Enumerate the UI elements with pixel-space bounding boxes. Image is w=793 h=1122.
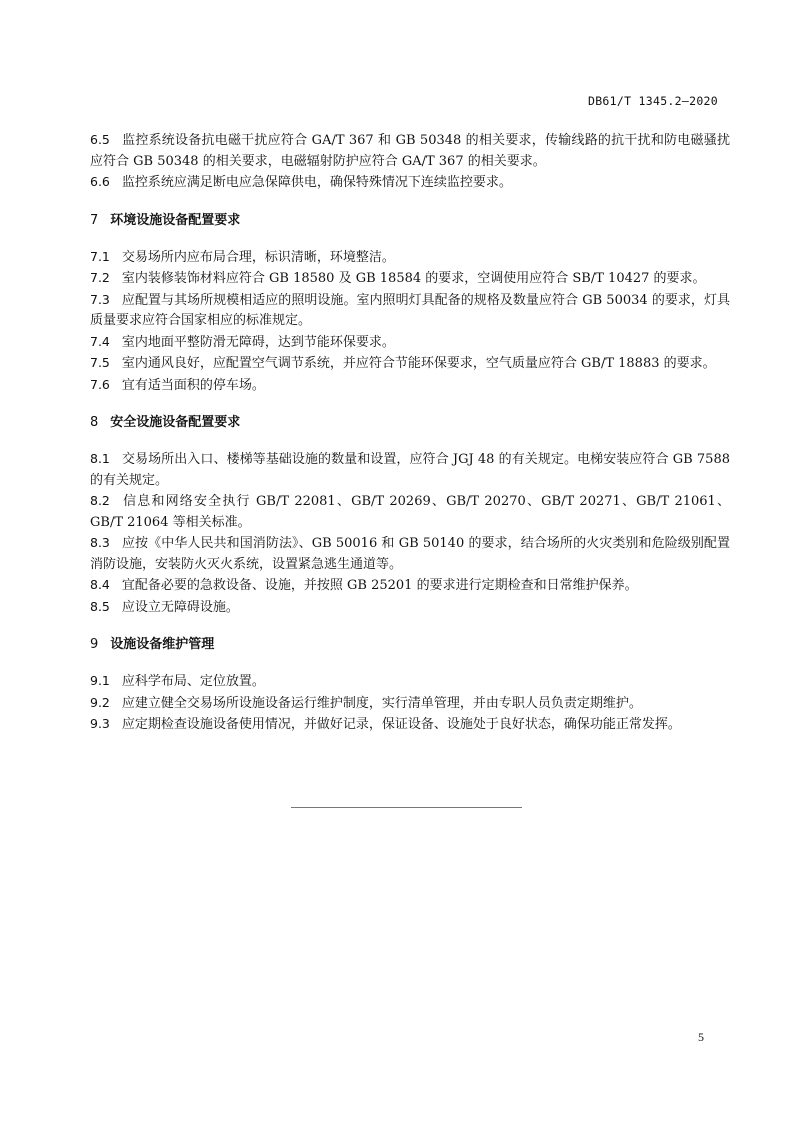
end-of-document-rule: [291, 807, 522, 808]
standard-code-header: DB61/T 1345.2—2020: [588, 94, 718, 108]
clause-9-3: 9.3应定期检查设施设备使用情况，并做好记录，保证设备、设施处于良好状态，确保功…: [90, 714, 730, 736]
document-body: 6.5监控系统设备抗电磁干扰应符合 GA/T 367 和 GB 50348 的相…: [90, 130, 730, 736]
clause-8-1: 8.1交易场所出入口、楼梯等基础设施的数量和设置，应符合 JGJ 48 的有关规…: [90, 449, 730, 491]
clause-8-5: 8.5应设立无障碍设施。: [90, 597, 730, 619]
clause-text: 应按《中华人民共和国消防法》、GB 50016 和 GB 50140 的要求，结…: [90, 536, 730, 572]
clause-8-4: 8.4宜配备必要的急救设备、设施，并按照 GB 25201 的要求进行定期检查和…: [90, 575, 730, 597]
clause-number: 7.5: [90, 355, 110, 370]
clause-7-5: 7.5室内通风良好，应配置空气调节系统，并应符合节能环保要求，空气质量应符合 G…: [90, 353, 730, 375]
clause-7-2: 7.2室内装修装饰材料应符合 GB 18580 及 GB 18584 的要求，空…: [90, 268, 730, 290]
clause-text: 应定期检查设施设备使用情况，并做好记录，保证设备、设施处于良好状态，确保功能正常…: [122, 717, 681, 732]
clause-text: 应设立无障碍设施。: [122, 600, 239, 615]
clause-number: 7.2: [90, 270, 110, 285]
clause-text: 宜配备必要的急救设备、设施，并按照 GB 25201 的要求进行定期检查和日常维…: [122, 578, 638, 593]
section-title: 环境设施设备配置要求: [110, 213, 240, 228]
clause-7-3: 7.3应配置与其场所规模相适应的照明设施。室内照明灯具配备的规格及数量应符合 G…: [90, 290, 730, 332]
clause-9-1: 9.1应科学布局、定位放置。: [90, 671, 730, 693]
clause-number: 8.3: [90, 535, 110, 550]
clause-text: 应建立健全交易场所设施设备运行维护制度，实行清单管理，并由专职人员负责定期维护。: [122, 696, 642, 711]
section-heading-8: 8安全设施设备配置要求: [90, 413, 730, 433]
clause-text: 应配置与其场所规模相适应的照明设施。室内照明灯具配备的规格及数量应符合 GB 5…: [90, 293, 730, 329]
clause-number: 7.1: [90, 249, 110, 264]
clause-number: 8.5: [90, 599, 110, 614]
section-number: 9: [90, 637, 98, 652]
clause-text: 宜有适当面积的停车场。: [122, 378, 265, 393]
clause-8-2: 8.2信息和网络安全执行 GB/T 22081、GB/T 20269、GB/T …: [90, 491, 730, 533]
clause-number: 9.3: [90, 716, 110, 731]
clause-6-5: 6.5监控系统设备抗电磁干扰应符合 GA/T 367 和 GB 50348 的相…: [90, 130, 730, 172]
section-title: 安全设施设备配置要求: [110, 415, 240, 430]
clause-8-3: 8.3应按《中华人民共和国消防法》、GB 50016 和 GB 50140 的要…: [90, 533, 730, 575]
clause-7-6: 7.6宜有适当面积的停车场。: [90, 375, 730, 397]
clause-text: 交易场所出入口、楼梯等基础设施的数量和设置，应符合 JGJ 48 的有关规定。电…: [90, 452, 730, 488]
clause-number: 7.4: [90, 334, 110, 349]
clause-7-4: 7.4室内地面平整防滑无障碍，达到节能环保要求。: [90, 332, 730, 354]
section-number: 8: [90, 415, 98, 430]
clause-number: 9.1: [90, 673, 110, 688]
clause-text: 应科学布局、定位放置。: [122, 674, 265, 689]
clause-text: 室内通风良好，应配置空气调节系统，并应符合节能环保要求，空气质量应符合 GB/T…: [122, 356, 716, 371]
clause-number: 8.4: [90, 577, 110, 592]
section-number: 7: [90, 213, 98, 228]
clause-number: 7.3: [90, 292, 110, 307]
section-heading-9: 9设施设备维护管理: [90, 635, 730, 655]
clause-number: 8.2: [90, 493, 110, 508]
clause-number: 6.5: [90, 132, 110, 147]
clause-6-6: 6.6监控系统应满足断电应急保障供电，确保特殊情况下连续监控要求。: [90, 172, 730, 194]
clause-7-1: 7.1交易场所内应布局合理，标识清晰，环境整洁。: [90, 247, 730, 269]
clause-text: 监控系统应满足断电应急保障供电，确保特殊情况下连续监控要求。: [122, 175, 512, 190]
clause-text: 室内装修装饰材料应符合 GB 18580 及 GB 18584 的要求，空调使用…: [122, 271, 706, 286]
clause-text: 室内地面平整防滑无障碍，达到节能环保要求。: [122, 335, 395, 350]
clause-text: 交易场所内应布局合理，标识清晰，环境整洁。: [122, 250, 395, 265]
clause-text: 监控系统设备抗电磁干扰应符合 GA/T 367 和 GB 50348 的相关要求…: [90, 133, 730, 169]
section-title: 设施设备维护管理: [110, 637, 214, 652]
clause-number: 8.1: [90, 451, 110, 466]
clause-number: 6.6: [90, 174, 110, 189]
page-number: 5: [698, 1030, 704, 1045]
clause-number: 9.2: [90, 695, 110, 710]
section-heading-7: 7环境设施设备配置要求: [90, 211, 730, 231]
clause-number: 7.6: [90, 377, 110, 392]
clause-text: 信息和网络安全执行 GB/T 22081、GB/T 20269、GB/T 202…: [90, 494, 730, 530]
clause-9-2: 9.2应建立健全交易场所设施设备运行维护制度，实行清单管理，并由专职人员负责定期…: [90, 693, 730, 715]
